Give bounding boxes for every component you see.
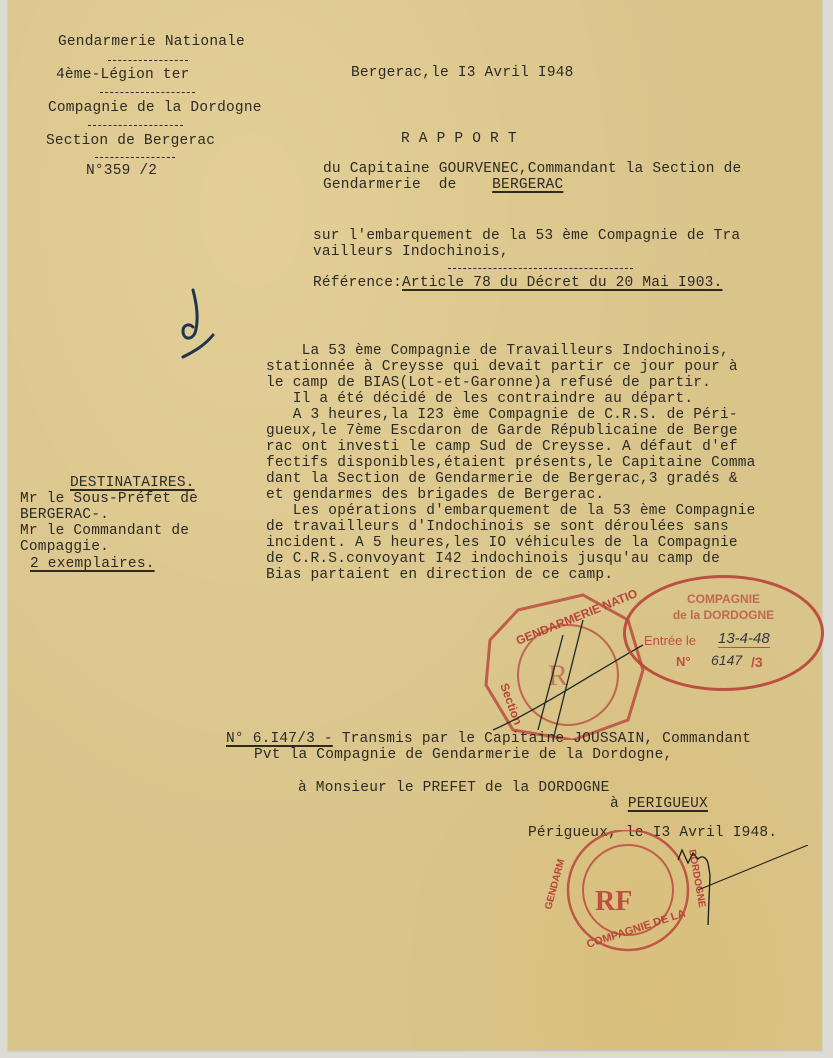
subject-line-2: vailleurs Indochinois, [313, 244, 509, 260]
oval-stamp-number-label: N° [676, 654, 691, 669]
prefect-city-line: à PERIGUEUX [610, 796, 708, 812]
report-author-line: du Capitaine GOURVENEC,Commandant la Sec… [323, 161, 741, 177]
body-line: de travailleurs d'Indochinois se sont dé… [266, 519, 729, 535]
org-name: Gendarmerie Nationale [58, 34, 245, 50]
reference-value: Article 78 du Décret du 20 Mai I903. [402, 275, 722, 291]
body-line: dant la Section de Gendarmerie de Berger… [266, 471, 738, 487]
city-prefix: à [610, 796, 628, 812]
body-line: A 3 heures,la I23 ème Compagnie de C.R.S… [266, 407, 738, 423]
body-line: Il a été décidé de les contraindre au dé… [266, 391, 693, 407]
reference-number: N°359 /2 [86, 163, 157, 179]
octagon-stamp-side-text: Section [497, 681, 525, 727]
separator [108, 60, 188, 61]
unit-place: BERGERAC [492, 177, 563, 193]
transmittal-line-1: N° 6.I47/3 - Transmis par le Capitaine J… [226, 731, 751, 747]
body-line: le camp de BIAS(Lot-et-Garonne)a refusé … [266, 375, 711, 391]
reference-label: Référence: [313, 275, 402, 291]
oval-stamp-line1: COMPAGNIE [626, 592, 821, 606]
signature-icon [668, 845, 818, 930]
oval-stamp-number-suffix: /3 [751, 654, 763, 670]
body-line: Bias partaient en direction de ce camp. [266, 567, 613, 583]
oval-stamp-entry-date: 13-4-48 [718, 630, 770, 648]
transmittal-number: N° 6.I47/3 - [226, 731, 333, 747]
separator [95, 157, 175, 158]
recipient-line: Mr le Commandant de [20, 523, 189, 539]
body-line: et gendarmes des brigades de Bergerac. [266, 487, 604, 503]
body-line: rac ont investi le camp Sud de Creysse. … [266, 439, 738, 455]
company-line: Compagnie de la Dordogne [48, 100, 262, 116]
reference-line: Référence:Article 78 du Décret du 20 Mai… [313, 275, 722, 291]
report-unit-line: Gendarmerie de BERGERAC [323, 177, 563, 193]
unit-prefix: Gendarmerie de [323, 177, 492, 193]
round-stamp-left-text: GENDARM [543, 858, 567, 911]
octagon-stamp-center: R [548, 659, 568, 692]
round-stamp-center: RF [595, 886, 632, 917]
oval-stamp-entry-label: Entrée le [644, 633, 696, 648]
oval-stamp-number-value: 6147 [711, 652, 742, 668]
body-line: Les opérations d'embarquement de la 53 è… [266, 503, 756, 519]
body-line: La 53 ème Compagnie de Travailleurs Indo… [266, 343, 729, 359]
margin-pen-mark-icon [173, 285, 233, 365]
legion-line: 4ème-Légion ter [56, 67, 190, 83]
octagon-stamp-top-text: GENDARMERIE NATIO [514, 590, 640, 648]
recipient-line: BERGERAC-. [20, 507, 109, 523]
report-heading: R A P P O R T [401, 131, 517, 147]
body-line: fectifs disponibles,étaient présents,le … [266, 455, 756, 471]
copies-count: 2 exemplaires. [30, 556, 155, 572]
subject-line-1: sur l'embarquement de la 53 ème Compagni… [313, 228, 740, 244]
oval-stamp-line2: de la DORDOGNE [626, 608, 821, 622]
separator [448, 268, 633, 269]
recipients-heading: DESTINATAIRES. [70, 475, 195, 491]
body-line: stationnée à Creysse qui devait partir c… [266, 359, 738, 375]
recipient-line: Compaggie. [20, 539, 109, 555]
separator [88, 125, 183, 126]
city-name: PERIGUEUX [628, 796, 708, 812]
document-page: Gendarmerie Nationale 4ème-Légion ter Co… [8, 0, 822, 1050]
prefect-addressee: à Monsieur le PREFET de la DORDOGNE [298, 780, 610, 796]
body-line: gueux,le 7ème Escdaron de Garde Républic… [266, 423, 738, 439]
separator [100, 92, 195, 93]
recipient-line: Mr le Sous-Préfet de [20, 491, 198, 507]
body-line: incident. A 5 heures,les IO véhicules de… [266, 535, 738, 551]
section-line: Section de Bergerac [46, 133, 215, 149]
transmittal-text: Transmis par le Capitaine JOUSSAIN, Comm… [333, 731, 751, 747]
transmittal-line-2: Pvt la Compagnie de Gendarmerie de la Do… [254, 747, 672, 763]
body-line: de C.R.S.convoyant I42 indochinois jusqu… [266, 551, 720, 567]
reception-oval-stamp: COMPAGNIE de la DORDOGNE Entrée le 13-4-… [623, 575, 824, 691]
place-date: Bergerac,le I3 Avril I948 [351, 65, 574, 81]
